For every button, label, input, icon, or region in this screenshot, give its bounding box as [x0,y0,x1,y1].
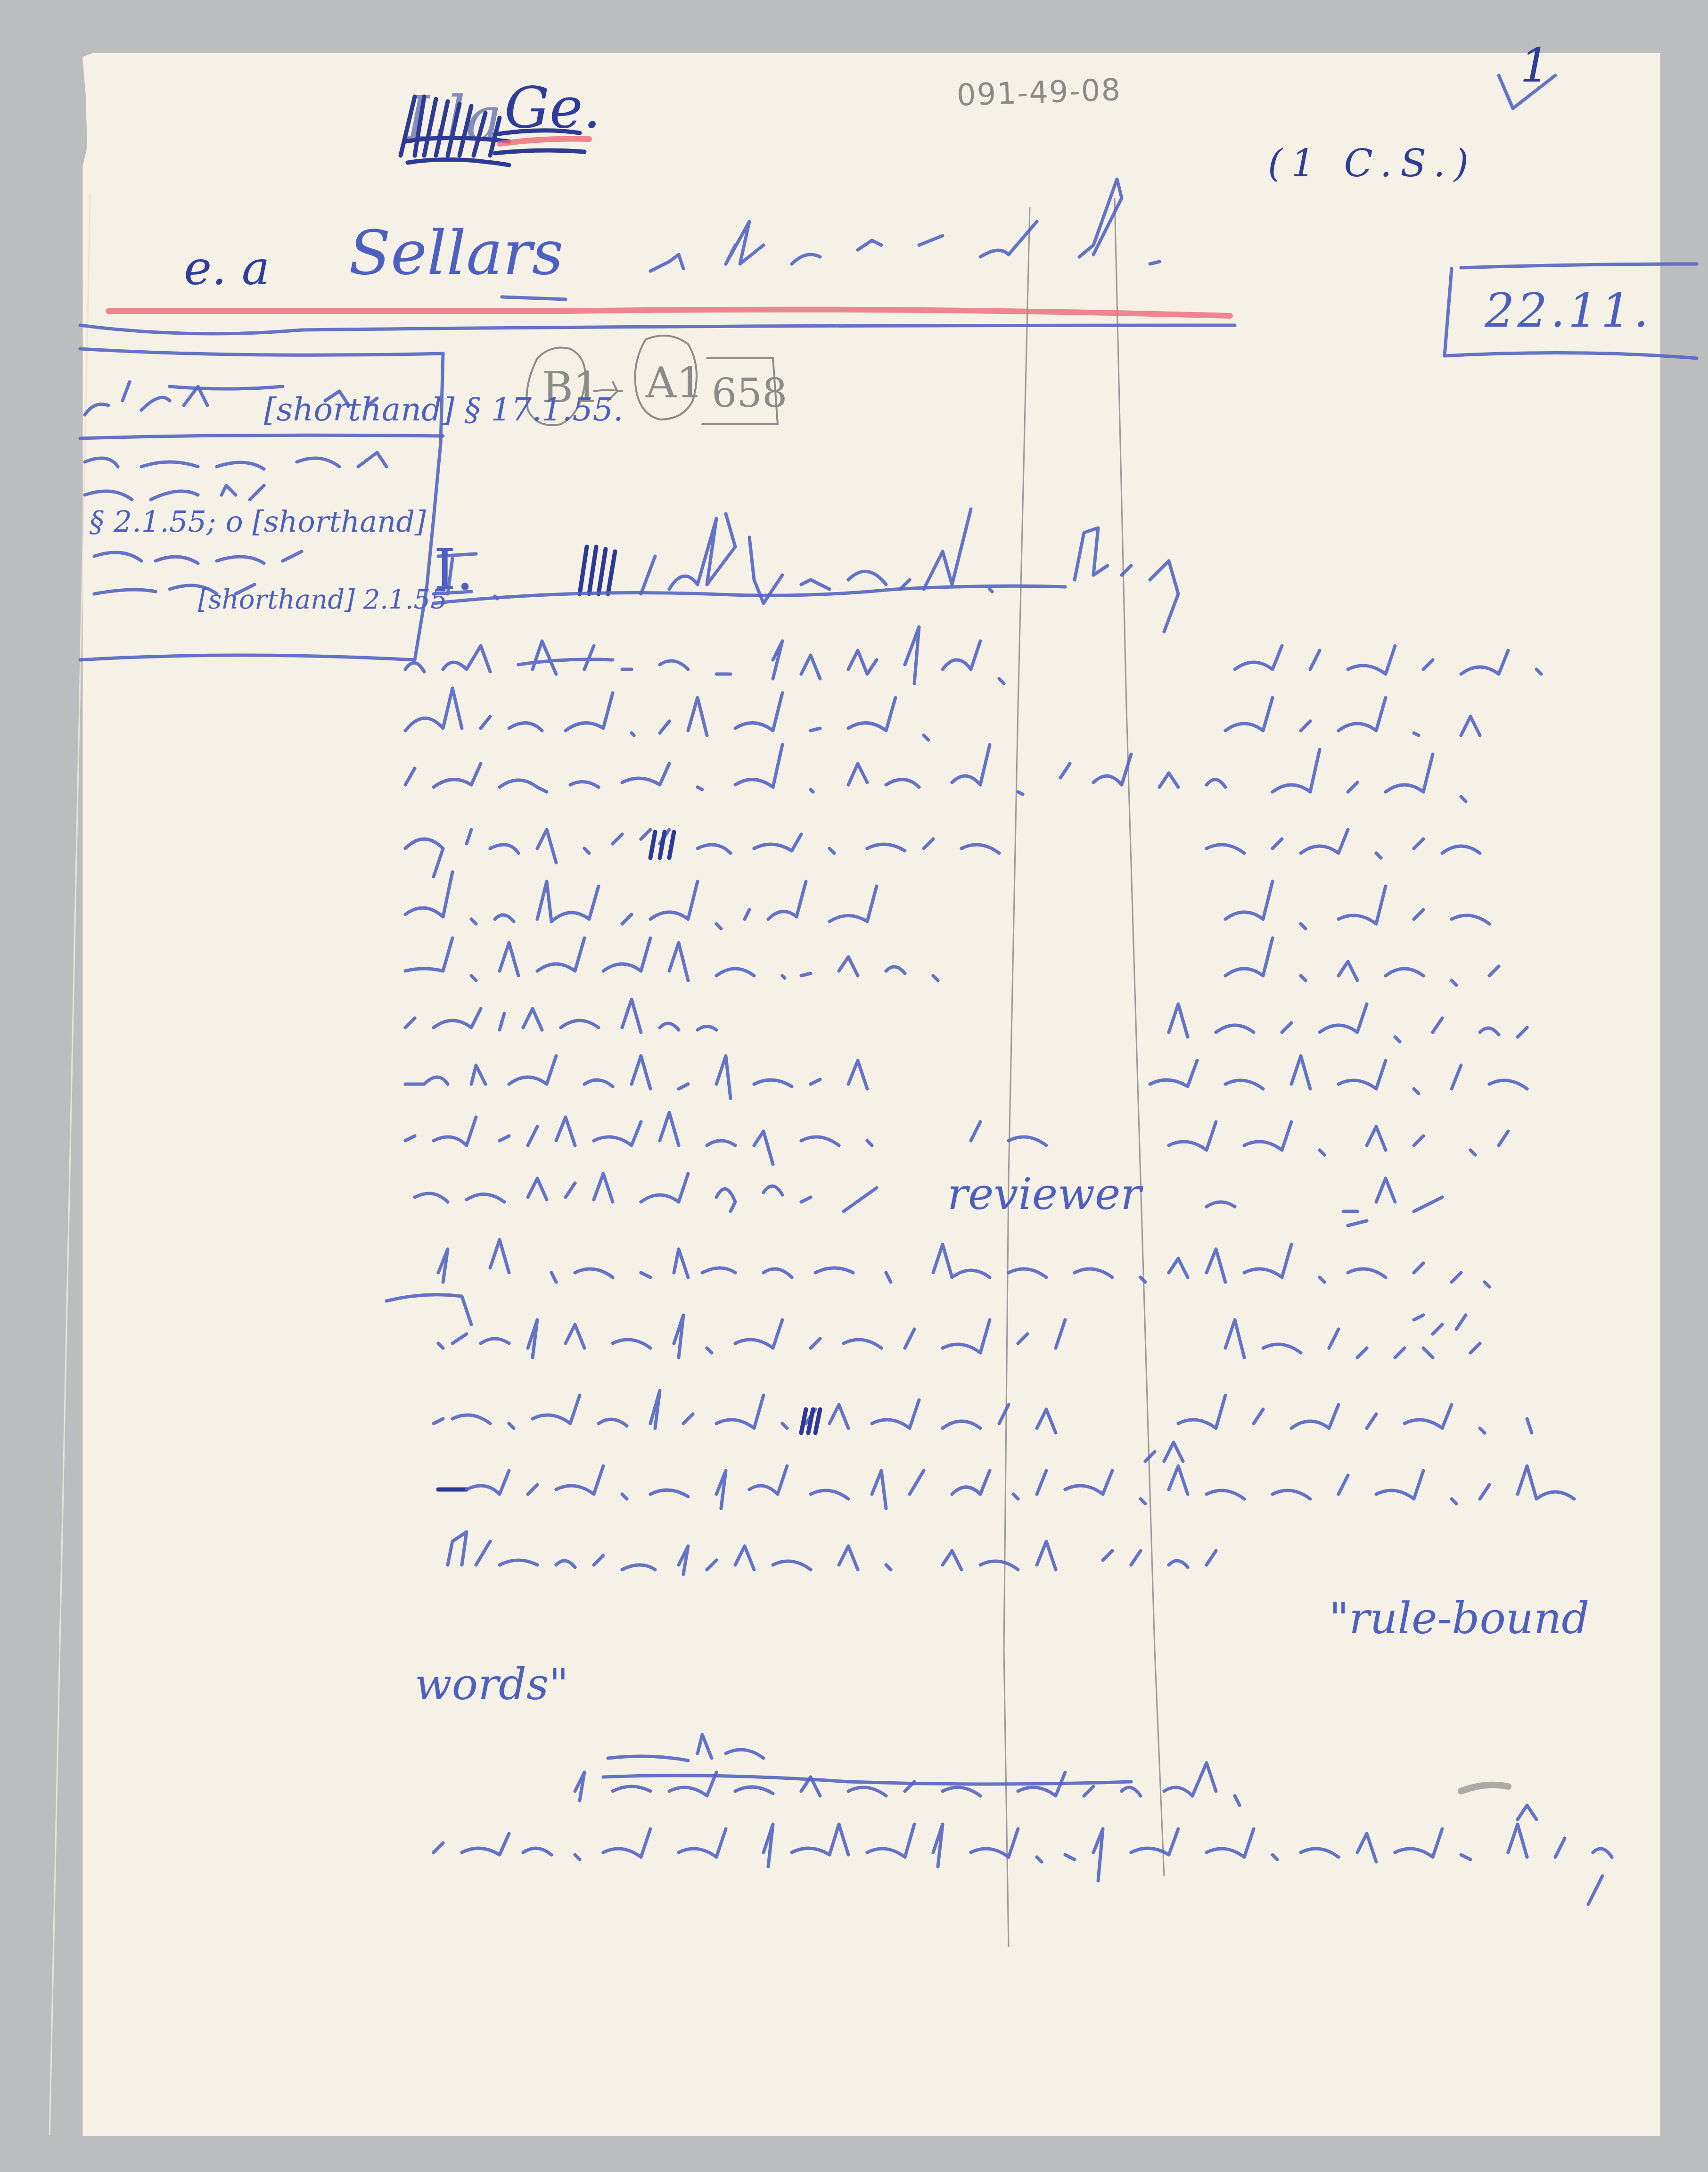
margin-date-2: § 2.1.55; o [shorthand] [90,504,426,539]
title-word: Ge. [504,75,601,141]
fragment-words: words" [415,1659,569,1710]
bracket-note: (1 C.S.) [1268,141,1477,185]
margin-date-1: [shorthand] § 17.1.55. [264,391,624,428]
pencil-boxed-number: 658 [712,370,787,416]
heading-name-sellars: Sellars [349,217,564,288]
pencil-to-label: A1 [646,358,703,408]
fragment-rule-bound: "rule-bound [1329,1593,1589,1644]
date-box-label: 22.11. [1485,283,1651,338]
pencil-annotations [0,0,1708,2172]
crossed-out-title: Lla [405,82,502,154]
page-number: 1 [1520,38,1550,93]
margin-date-3: [shorthand] 2.1.55 [198,584,447,615]
heading-prefix: e. a [184,240,270,296]
fragment-reviewer: reviewer [947,1169,1141,1219]
section-numeral: I. [434,537,474,603]
archive-number: 091-49-08 [956,73,1122,113]
